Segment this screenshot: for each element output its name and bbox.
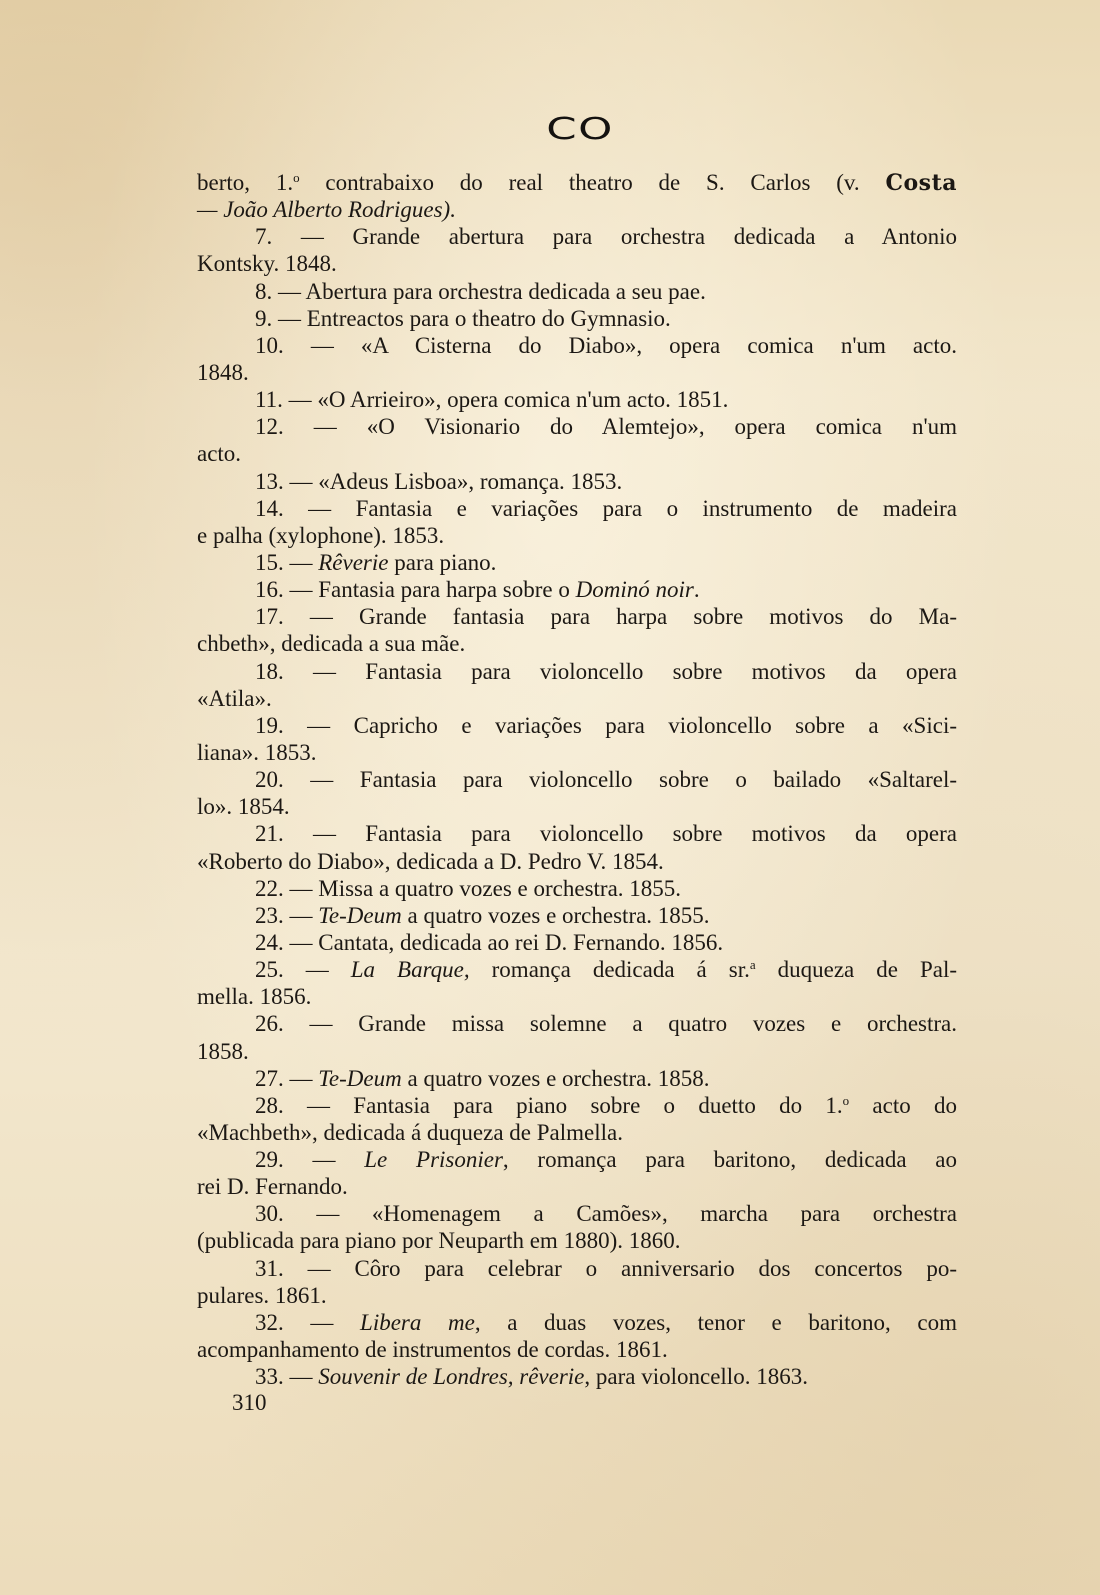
text-run: 22. — Missa a quatro vozes e orchestra. … xyxy=(255,876,681,901)
text-run: 19. — Capricho e variações para violonce… xyxy=(255,713,957,738)
catalog-entry-line: 7. — Grande abertura para orchestra dedi… xyxy=(197,223,957,250)
text-run: Kontsky. 1848. xyxy=(197,251,337,276)
text-run: 8. — Abertura para orchestra dedicada a … xyxy=(255,279,706,304)
works-catalog-list: berto, 1.o contrabaixo do real theatro d… xyxy=(197,169,957,1390)
continuation-line: 1858. xyxy=(197,1038,957,1065)
catalog-entry-line: 12. — «O Visionario do Alemtejo», opera … xyxy=(197,413,957,440)
catalog-entry-line: 28. — Fantasia para piano sobre o duetto… xyxy=(197,1092,957,1119)
catalog-entry-line: 9. — Entreactos para o theatro do Gymnas… xyxy=(197,305,957,332)
text-run: 29. — xyxy=(255,1147,364,1172)
text-run: 1858. xyxy=(197,1039,249,1064)
running-head: CO xyxy=(508,112,653,147)
catalog-entry-line: 14. — Fantasia e variações para o instru… xyxy=(197,495,957,522)
text-run: a quatro vozes e orchestra. 1858. xyxy=(402,1066,710,1091)
continuation-line: acompanhamento de instrumentos de cordas… xyxy=(197,1336,957,1363)
text-run: a quatro vozes e orchestra. 1855. xyxy=(402,903,710,928)
text-run: pulares. 1861. xyxy=(197,1283,327,1308)
text-run: 18. — Fantasia para violoncello sobre mo… xyxy=(255,659,957,684)
text-run: 23. — xyxy=(255,903,318,928)
italic-title: Libera me xyxy=(360,1310,475,1335)
catalog-entry-line: 20. — Fantasia para violoncello sobre o … xyxy=(197,766,957,793)
text-run: 25. — xyxy=(255,957,351,982)
continuation-line: pulares. 1861. xyxy=(197,1282,957,1309)
catalog-entry-line: 31. — Côro para celebrar o anniversario … xyxy=(197,1255,957,1282)
text-run: mella. 1856. xyxy=(197,984,311,1009)
continuation-line: Kontsky. 1848. xyxy=(197,250,957,277)
catalog-entry-line: 11. — «O Arrieiro», opera comica n'um ac… xyxy=(197,386,957,413)
catalog-entry-line: 32. — Libera me, a duas vozes, tenor e b… xyxy=(197,1309,957,1336)
catalog-entry-line: 24. — Cantata, dedicada ao rei D. Fernan… xyxy=(197,929,957,956)
catalog-entry-line: 17. — Grande fantasia para harpa sobre m… xyxy=(197,603,957,630)
continuation-line: lo». 1854. xyxy=(197,793,957,820)
text-run: 28. — Fantasia para piano sobre o duetto… xyxy=(255,1093,843,1118)
text-run: acompanhamento de instrumentos de cordas… xyxy=(197,1337,668,1362)
text-run: para piano. xyxy=(388,550,496,575)
text-run: 16. — Fantasia para harpa sobre o xyxy=(255,577,576,602)
text-run: 14. — Fantasia e variações para o instru… xyxy=(255,496,957,521)
text-run: «Atila». xyxy=(197,686,272,711)
catalog-entry-line: 30. — «Homenagem a Camões», marcha para … xyxy=(197,1200,957,1227)
text-run: 10. — «A Cisterna do Diabo», opera comic… xyxy=(255,333,957,358)
catalog-entry-line: 26. — Grande missa solemne a quatro voze… xyxy=(197,1010,957,1037)
continuation-line: e palha (xylophone). 1853. xyxy=(197,522,957,549)
text-run: , romança para baritono, dedicada ao xyxy=(503,1147,957,1172)
text-run: 9. — Entreactos para o theatro do Gymnas… xyxy=(255,306,671,331)
text-run: acto do xyxy=(849,1093,957,1118)
continuation-line: 1848. xyxy=(197,359,957,386)
text-run: rei D. Fernando. xyxy=(197,1174,348,1199)
text-run: 33. — xyxy=(255,1364,318,1389)
catalog-entry-line: 25. — La Barque, romança dedicada á sr.a… xyxy=(197,956,957,983)
italic-title: Le Prisonier xyxy=(364,1147,503,1172)
text-run: chbeth», dedicada a sua mãe. xyxy=(197,631,465,656)
text-run: (publicada para piano por Neuparth em 18… xyxy=(197,1228,680,1253)
text-run: 1848. xyxy=(197,360,249,385)
text-run: , a duas vozes, tenor e baritono, com xyxy=(475,1310,957,1335)
text-run: acto. xyxy=(197,441,241,466)
catalog-entry-line: 22. — Missa a quatro vozes e orchestra. … xyxy=(197,875,957,902)
text-run: 30. — «Homenagem a Camões», marcha para … xyxy=(255,1201,957,1226)
text-run: 32. — xyxy=(255,1310,360,1335)
italic-title: Souvenir de Londres, rêverie xyxy=(318,1364,584,1389)
catalog-entry-line: 23. — Te-Deum a quatro vozes e orchestra… xyxy=(197,902,957,929)
text-run: . xyxy=(694,577,700,602)
catalog-entry-line: 27. — Te-Deum a quatro vozes e orchestra… xyxy=(197,1065,957,1092)
italic-title: — João Alberto Rodrigues). xyxy=(197,197,456,222)
italic-title: Te-Deum xyxy=(318,903,401,928)
text-run: contrabaixo do real theatro de S. Carlos… xyxy=(300,170,886,195)
catalog-entry-line: 21. — Fantasia para violoncello sobre mo… xyxy=(197,820,957,847)
text-run: «Roberto do Diabo», dedicada a D. Pedro … xyxy=(197,849,664,874)
text-run: 15. — xyxy=(255,550,318,575)
text-run: 13. — «Adeus Lisboa», romança. 1853. xyxy=(255,469,622,494)
text-run: 7. — Grande abertura para orchestra dedi… xyxy=(255,224,957,249)
italic-title: Te-Deum xyxy=(318,1066,401,1091)
text-run: lo». 1854. xyxy=(197,794,290,819)
catalog-entry-line: 13. — «Adeus Lisboa», romança. 1853. xyxy=(197,468,957,495)
text-run: «Machbeth», dedicada á duqueza de Palmel… xyxy=(197,1120,623,1145)
text-run: , para violoncello. 1863. xyxy=(584,1364,808,1389)
cross-reference: Costa xyxy=(886,170,958,196)
continuation-line: — João Alberto Rodrigues). xyxy=(197,196,957,223)
text-run: berto, 1. xyxy=(197,170,293,195)
text-run: 24. — Cantata, dedicada ao rei D. Fernan… xyxy=(255,930,723,955)
text-run: 11. — «O Arrieiro», opera comica n'um ac… xyxy=(255,387,728,412)
italic-title: Rêverie xyxy=(318,550,388,575)
text-run: 27. — xyxy=(255,1066,318,1091)
continuation-line: acto. xyxy=(197,440,957,467)
text-run: liana». 1853. xyxy=(197,740,316,765)
text-run: duqueza de Pal- xyxy=(756,957,957,982)
catalog-entry-line: 19. — Capricho e variações para violonce… xyxy=(197,712,957,739)
catalog-entry-line: 18. — Fantasia para violoncello sobre mo… xyxy=(197,658,957,685)
text-run: 21. — Fantasia para violoncello sobre mo… xyxy=(255,821,957,846)
text-run: romança dedicada á sr. xyxy=(470,957,750,982)
text-run: e palha (xylophone). 1853. xyxy=(197,523,444,548)
text-run: 12. — «O Visionario do Alemtejo», opera … xyxy=(255,414,957,439)
continuation-line: «Atila». xyxy=(197,685,957,712)
continuation-line: berto, 1.o contrabaixo do real theatro d… xyxy=(197,169,957,196)
text-run: 26. — Grande missa solemne a quatro voze… xyxy=(255,1011,957,1036)
continuation-line: chbeth», dedicada a sua mãe. xyxy=(197,630,957,657)
continuation-line: mella. 1856. xyxy=(197,983,957,1010)
continuation-line: «Roberto do Diabo», dedicada a D. Pedro … xyxy=(197,848,957,875)
catalog-entry-line: 33. — Souvenir de Londres, rêverie, para… xyxy=(197,1363,957,1390)
continuation-line: liana». 1853. xyxy=(197,739,957,766)
catalog-entry-line: 10. — «A Cisterna do Diabo», opera comic… xyxy=(197,332,957,359)
catalog-entry-line: 15. — Rêverie para piano. xyxy=(197,549,957,576)
text-run: 31. — Côro para celebrar o anniversario … xyxy=(255,1256,957,1281)
italic-title: Dominó noir xyxy=(576,577,694,602)
continuation-line: (publicada para piano por Neuparth em 18… xyxy=(197,1227,957,1254)
catalog-entry-line: 29. — Le Prisonier, romança para bariton… xyxy=(197,1146,957,1173)
text-run: 17. — Grande fantasia para harpa sobre m… xyxy=(255,604,957,629)
continuation-line: rei D. Fernando. xyxy=(197,1173,957,1200)
catalog-entry-line: 16. — Fantasia para harpa sobre o Dominó… xyxy=(197,576,957,603)
page-number: 310 xyxy=(232,1390,267,1416)
italic-title: La Barque, xyxy=(351,957,470,982)
catalog-entry-line: 8. — Abertura para orchestra dedicada a … xyxy=(197,278,957,305)
text-run: 20. — Fantasia para violoncello sobre o … xyxy=(255,767,957,792)
continuation-line: «Machbeth», dedicada á duqueza de Palmel… xyxy=(197,1119,957,1146)
